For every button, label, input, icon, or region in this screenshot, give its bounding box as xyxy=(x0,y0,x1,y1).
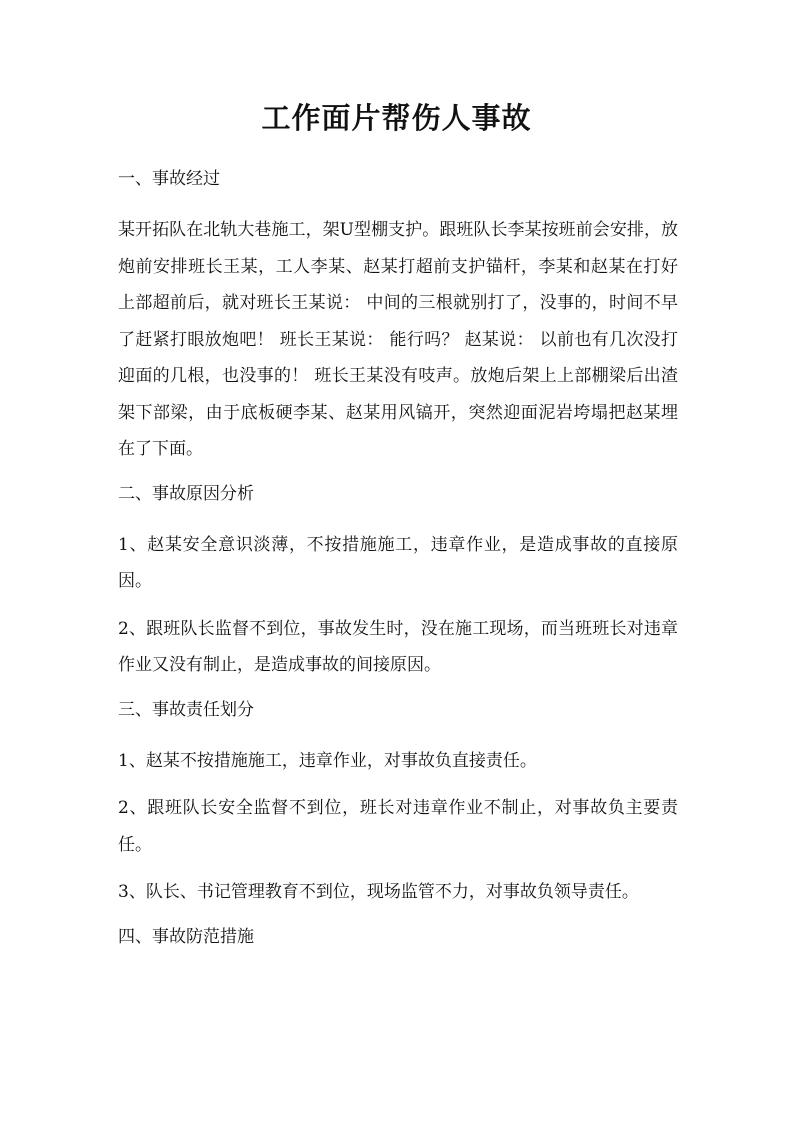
section-heading-prevention: 四、事故防范措施 xyxy=(118,922,678,952)
paragraph-responsibility-3: 3、队长、书记管理教育不到位，现场监管不力，对事故负领导责任。 xyxy=(118,874,678,911)
document-title: 工作面片帮伤人事故 xyxy=(0,98,793,138)
paragraph-cause-2: 2、跟班队长监督不到位，事故发生时，没在施工现场，而当班班长对违章作业又没有制止… xyxy=(118,611,678,684)
section-heading-responsibility: 三、事故责任划分 xyxy=(118,695,678,725)
paragraph-responsibility-2: 2、跟班队长安全监督不到位，班长对违章作业不制止，对事故负主要责任。 xyxy=(118,790,678,863)
document-body: 一、事故经过 某开拓队在北轨大巷施工，架U型棚支护。跟班队长李某按班前会安排，放… xyxy=(118,164,678,970)
section-heading-cause-analysis: 二、事故原因分析 xyxy=(118,479,678,509)
paragraph-accident-process: 某开拓队在北轨大巷施工，架U型棚支护。跟班队长李某按班前会安排，放炮前安排班长王… xyxy=(118,212,678,468)
section-heading-accident-process: 一、事故经过 xyxy=(118,164,678,194)
paragraph-responsibility-1: 1、赵某不按措施施工，违章作业，对事故负直接责任。 xyxy=(118,743,678,780)
paragraph-cause-1: 1、赵某安全意识淡薄，不按措施施工，违章作业，是造成事故的直接原因。 xyxy=(118,527,678,600)
document-page: 工作面片帮伤人事故 一、事故经过 某开拓队在北轨大巷施工，架U型棚支护。跟班队长… xyxy=(0,0,793,1122)
